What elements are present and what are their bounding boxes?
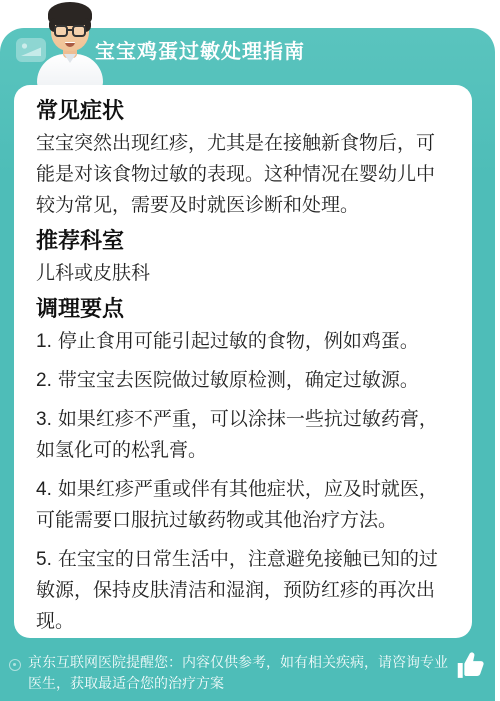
page-title: 宝宝鸡蛋过敏处理指南	[95, 35, 305, 64]
thumbs-up-icon[interactable]	[455, 649, 488, 682]
content-card: 常见症状 宝宝突然出现红疹，尤其是在接触新食物后，可能是对该食物过敏的表现。这种…	[14, 85, 472, 638]
list-item: 1.停止食用可能引起过敏的食物，例如鸡蛋。	[36, 326, 450, 357]
glasses-icon	[72, 25, 86, 37]
section-heading-department: 推荐科室	[36, 227, 450, 255]
section-heading-symptoms: 常见症状	[36, 97, 450, 125]
list-item-number: 2.	[36, 370, 52, 391]
disclaimer-text: 京东互联网医院提醒您：内容仅供参考，如有相关疾病，请咨询专业医生，获取最适合您的…	[28, 652, 452, 694]
glasses-icon	[54, 25, 68, 37]
list-item-text: 如果红疹不严重，可以涂抹一些抗过敏药膏，如氢化可的松乳膏。	[36, 409, 438, 461]
page: 宝宝鸡蛋过敏处理指南 常见症状 宝宝突然出现红疹，尤其是在接触新食物后，可能是对…	[0, 0, 500, 701]
list-item: 4.如果红疹严重或伴有其他症状，应及时就医，可能需要口服抗过敏药物或其他治疗方法…	[36, 474, 450, 536]
department-paragraph: 儿科或皮肤科	[36, 258, 450, 289]
list-item-text: 在宝宝的日常生活中，注意避免接触已知的过敏源，保持皮肤清洁和湿润，预防红疹的再次…	[36, 549, 438, 632]
doctor-avatar	[34, 2, 106, 92]
glasses-bridge	[67, 29, 73, 31]
list-item: 3.如果红疹不严重，可以涂抹一些抗过敏药膏，如氢化可的松乳膏。	[36, 404, 450, 466]
list-item-number: 3.	[36, 409, 52, 430]
list-item-text: 停止食用可能引起过敏的食物，例如鸡蛋。	[58, 331, 419, 352]
list-item-number: 4.	[36, 479, 52, 500]
circle-dot-icon	[9, 659, 21, 671]
list-item-number: 5.	[36, 549, 52, 570]
list-item: 5.在宝宝的日常生活中，注意避免接触已知的过敏源，保持皮肤清洁和湿润，预防红疹的…	[36, 544, 450, 637]
list-item-number: 1.	[36, 331, 52, 352]
list-item-text: 带宝宝去医院做过敏原检测，确定过敏源。	[58, 370, 419, 391]
list-item: 2.带宝宝去医院做过敏原检测，确定过敏源。	[36, 365, 450, 396]
symptoms-paragraph: 宝宝突然出现红疹，尤其是在接触新食物后，可能是对该食物过敏的表现。这种情况在婴幼…	[36, 128, 450, 221]
section-heading-care-points: 调理要点	[36, 295, 450, 323]
list-item-text: 如果红疹严重或伴有其他症状，应及时就医，可能需要口服抗过敏药物或其他治疗方法。	[36, 479, 438, 531]
